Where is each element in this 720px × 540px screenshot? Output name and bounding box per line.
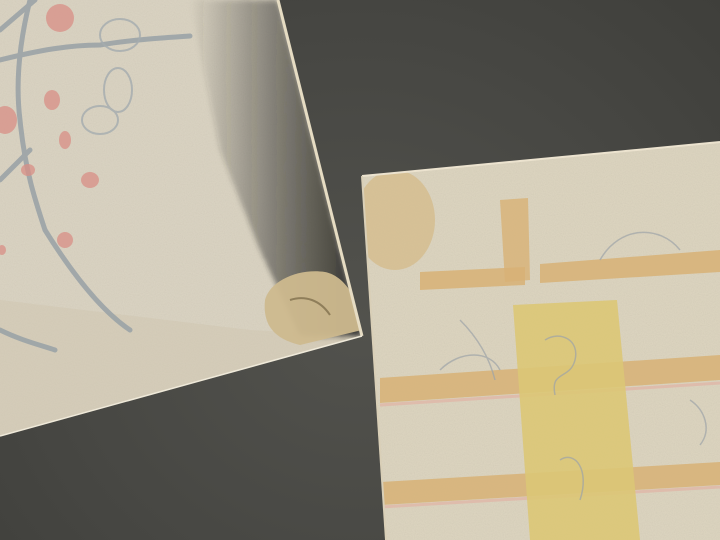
right-paper-fragment <box>355 142 720 540</box>
paper-fragments-illustration <box>0 0 720 540</box>
photo-scene <box>0 0 720 540</box>
left-paper-fragment <box>0 0 362 436</box>
